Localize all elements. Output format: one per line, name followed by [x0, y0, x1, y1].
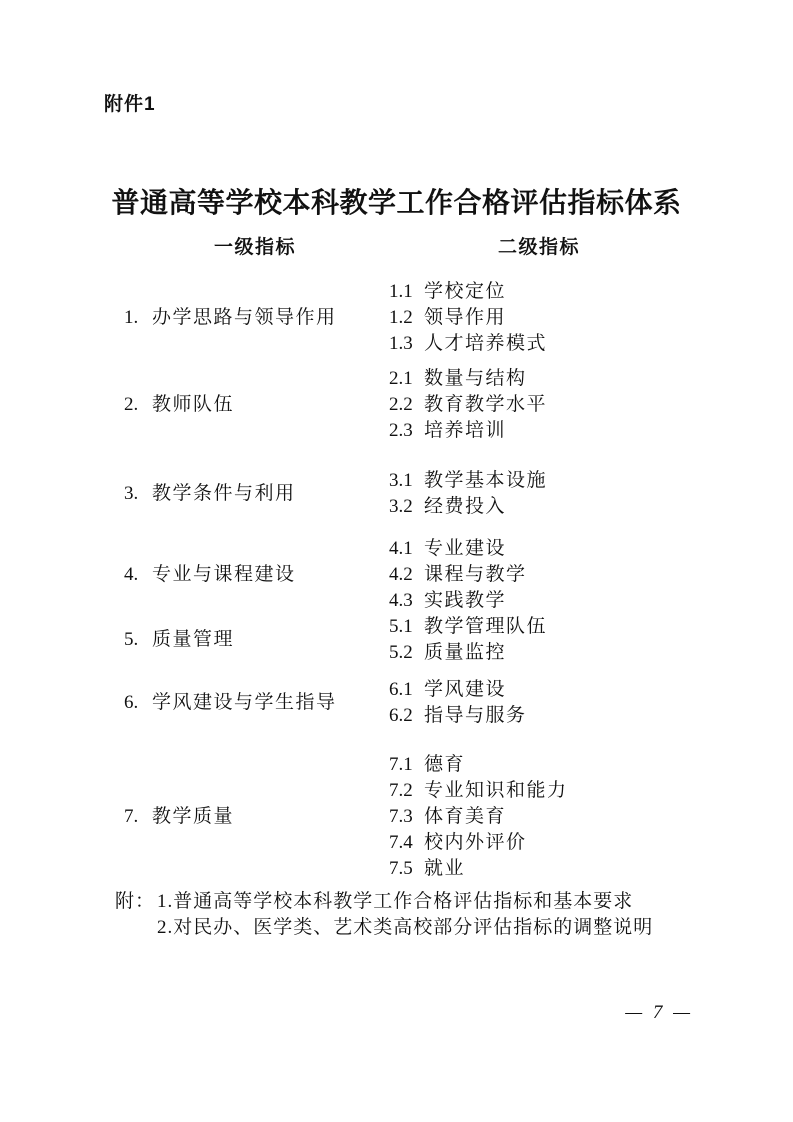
- appendix-note: 附： 1.普通高等学校本科教学工作合格评估指标和基本要求 2.对民办、医学类、艺…: [115, 889, 653, 941]
- level1-indicator: 4. 专业与课程建设: [0, 562, 389, 588]
- level2-label: 课程与教学: [424, 562, 527, 588]
- level2-label: 领导作用: [424, 305, 506, 331]
- level2-number: 4.1: [389, 536, 424, 562]
- level2-label: 培养培训: [424, 418, 506, 444]
- level1-indicator: 3. 教学条件与利用: [0, 481, 389, 507]
- level2-number: 7.1: [389, 752, 424, 778]
- level2-label: 教学基本设施: [424, 468, 547, 494]
- level2-indicator: 2.3 培养培训: [389, 418, 793, 444]
- level1-label: 教师队伍: [152, 392, 234, 418]
- page-title: 普通高等学校本科教学工作合格评估指标体系: [0, 185, 793, 221]
- indicator-table: 1. 办学思路与领导作用 1.1 学校定位 1.2 领导作用 1.3 人才培养模…: [0, 279, 793, 882]
- level2-number: 5.2: [389, 640, 424, 666]
- level1-label: 教学质量: [152, 804, 234, 830]
- level2-indicator-list: 7.1 德育 7.2 专业知识和能力 7.3 体育美育 7.4 校内外评价 7.…: [389, 752, 793, 882]
- column-header-level2: 二级指标: [498, 236, 580, 260]
- level2-indicator: 2.2 教育教学水平: [389, 392, 793, 418]
- level1-number: 5.: [124, 627, 152, 653]
- page-number: — 7 —: [625, 1000, 693, 1026]
- level2-label: 教育教学水平: [424, 392, 547, 418]
- level1-indicator: 2. 教师队伍: [0, 392, 389, 418]
- level1-label: 专业与课程建设: [152, 562, 296, 588]
- level2-number: 2.1: [389, 366, 424, 392]
- level2-label: 学校定位: [424, 279, 506, 305]
- level2-indicator: 5.1 教学管理队伍: [389, 614, 793, 640]
- level2-number: 7.5: [389, 856, 424, 882]
- level2-number: 5.1: [389, 614, 424, 640]
- document-page: 附件1 普通高等学校本科教学工作合格评估指标体系 一级指标 二级指标 1. 办学…: [0, 0, 793, 1122]
- level2-number: 3.1: [389, 468, 424, 494]
- level2-indicator: 1.1 学校定位: [389, 279, 793, 305]
- level2-number: 2.2: [389, 392, 424, 418]
- level2-indicator: 4.3 实践教学: [389, 588, 793, 614]
- level2-label: 体育美育: [424, 804, 506, 830]
- level2-label: 经费投入: [424, 494, 506, 520]
- level2-indicator: 7.3 体育美育: [389, 804, 793, 830]
- level1-label: 学风建设与学生指导: [152, 690, 337, 716]
- level2-label: 指导与服务: [424, 703, 527, 729]
- attachment-label: 附件1: [104, 92, 156, 118]
- level2-indicator: 7.4 校内外评价: [389, 830, 793, 856]
- level1-indicator: 7. 教学质量: [0, 804, 389, 830]
- level2-label: 校内外评价: [424, 830, 527, 856]
- level2-number: 7.4: [389, 830, 424, 856]
- level2-label: 人才培养模式: [424, 331, 547, 357]
- level2-number: 7.3: [389, 804, 424, 830]
- level2-number: 2.3: [389, 418, 424, 444]
- level2-label: 专业知识和能力: [424, 778, 568, 804]
- level1-number: 6.: [124, 690, 152, 716]
- level2-label: 就业: [424, 856, 465, 882]
- level2-indicator: 3.1 教学基本设施: [389, 468, 793, 494]
- indicator-group-3: 3. 教学条件与利用 3.1 教学基本设施 3.2 经费投入: [0, 468, 793, 520]
- level1-label: 教学条件与利用: [152, 481, 296, 507]
- level2-number: 7.2: [389, 778, 424, 804]
- indicator-group-7: 7. 教学质量 7.1 德育 7.2 专业知识和能力 7.3 体育美育 7.4: [0, 752, 793, 882]
- level1-number: 4.: [124, 562, 152, 588]
- level2-number: 4.3: [389, 588, 424, 614]
- level2-label: 专业建设: [424, 536, 506, 562]
- appendix-item: 1.普通高等学校本科教学工作合格评估指标和基本要求: [157, 889, 653, 915]
- level2-label: 数量与结构: [424, 366, 527, 392]
- level2-label: 实践教学: [424, 588, 506, 614]
- level2-indicator: 5.2 质量监控: [389, 640, 793, 666]
- level2-indicator: 4.1 专业建设: [389, 536, 793, 562]
- level2-indicator: 7.1 德育: [389, 752, 793, 778]
- level2-indicator: 7.5 就业: [389, 856, 793, 882]
- level1-number: 1.: [124, 305, 152, 331]
- level2-number: 4.2: [389, 562, 424, 588]
- level2-indicator-list: 2.1 数量与结构 2.2 教育教学水平 2.3 培养培训: [389, 366, 793, 444]
- indicator-group-6: 6. 学风建设与学生指导 6.1 学风建设 6.2 指导与服务: [0, 677, 793, 729]
- appendix-item: 2.对民办、医学类、艺术类高校部分评估指标的调整说明: [157, 915, 653, 941]
- level2-indicator: 4.2 课程与教学: [389, 562, 793, 588]
- level2-indicator: 6.1 学风建设: [389, 677, 793, 703]
- indicator-group-4: 4. 专业与课程建设 4.1 专业建设 4.2 课程与教学 4.3 实践教学: [0, 536, 793, 614]
- indicator-group-2: 2. 教师队伍 2.1 数量与结构 2.2 教育教学水平 2.3 培养培训: [0, 366, 793, 444]
- appendix-items: 1.普通高等学校本科教学工作合格评估指标和基本要求 2.对民办、医学类、艺术类高…: [157, 889, 653, 941]
- level2-indicator-list: 5.1 教学管理队伍 5.2 质量监控: [389, 614, 793, 666]
- level2-number: 1.1: [389, 279, 424, 305]
- level1-label: 质量管理: [152, 627, 234, 653]
- level2-label: 教学管理队伍: [424, 614, 547, 640]
- level2-indicator-list: 4.1 专业建设 4.2 课程与教学 4.3 实践教学: [389, 536, 793, 614]
- level2-number: 1.2: [389, 305, 424, 331]
- level2-number: 1.3: [389, 331, 424, 357]
- level1-label: 办学思路与领导作用: [152, 305, 337, 331]
- level2-indicator: 7.2 专业知识和能力: [389, 778, 793, 804]
- level1-number: 2.: [124, 392, 152, 418]
- level2-indicator: 2.1 数量与结构: [389, 366, 793, 392]
- level2-label: 质量监控: [424, 640, 506, 666]
- level2-indicator-list: 1.1 学校定位 1.2 领导作用 1.3 人才培养模式: [389, 279, 793, 357]
- level2-number: 6.1: [389, 677, 424, 703]
- level1-number: 3.: [124, 481, 152, 507]
- level2-indicator-list: 6.1 学风建设 6.2 指导与服务: [389, 677, 793, 729]
- level2-indicator: 1.3 人才培养模式: [389, 331, 793, 357]
- level2-number: 3.2: [389, 494, 424, 520]
- level2-indicator: 6.2 指导与服务: [389, 703, 793, 729]
- appendix-prefix: 附：: [115, 889, 155, 941]
- level2-indicator: 1.2 领导作用: [389, 305, 793, 331]
- indicator-group-1: 1. 办学思路与领导作用 1.1 学校定位 1.2 领导作用 1.3 人才培养模…: [0, 279, 793, 357]
- level1-indicator: 1. 办学思路与领导作用: [0, 305, 389, 331]
- level2-number: 6.2: [389, 703, 424, 729]
- indicator-group-5: 5. 质量管理 5.1 教学管理队伍 5.2 质量监控: [0, 614, 793, 666]
- column-header-level1: 一级指标: [214, 236, 296, 260]
- level2-label: 学风建设: [424, 677, 506, 703]
- level2-indicator: 3.2 经费投入: [389, 494, 793, 520]
- level2-indicator-list: 3.1 教学基本设施 3.2 经费投入: [389, 468, 793, 520]
- level1-indicator: 5. 质量管理: [0, 627, 389, 653]
- level1-number: 7.: [124, 804, 152, 830]
- level1-indicator: 6. 学风建设与学生指导: [0, 690, 389, 716]
- level2-label: 德育: [424, 752, 465, 778]
